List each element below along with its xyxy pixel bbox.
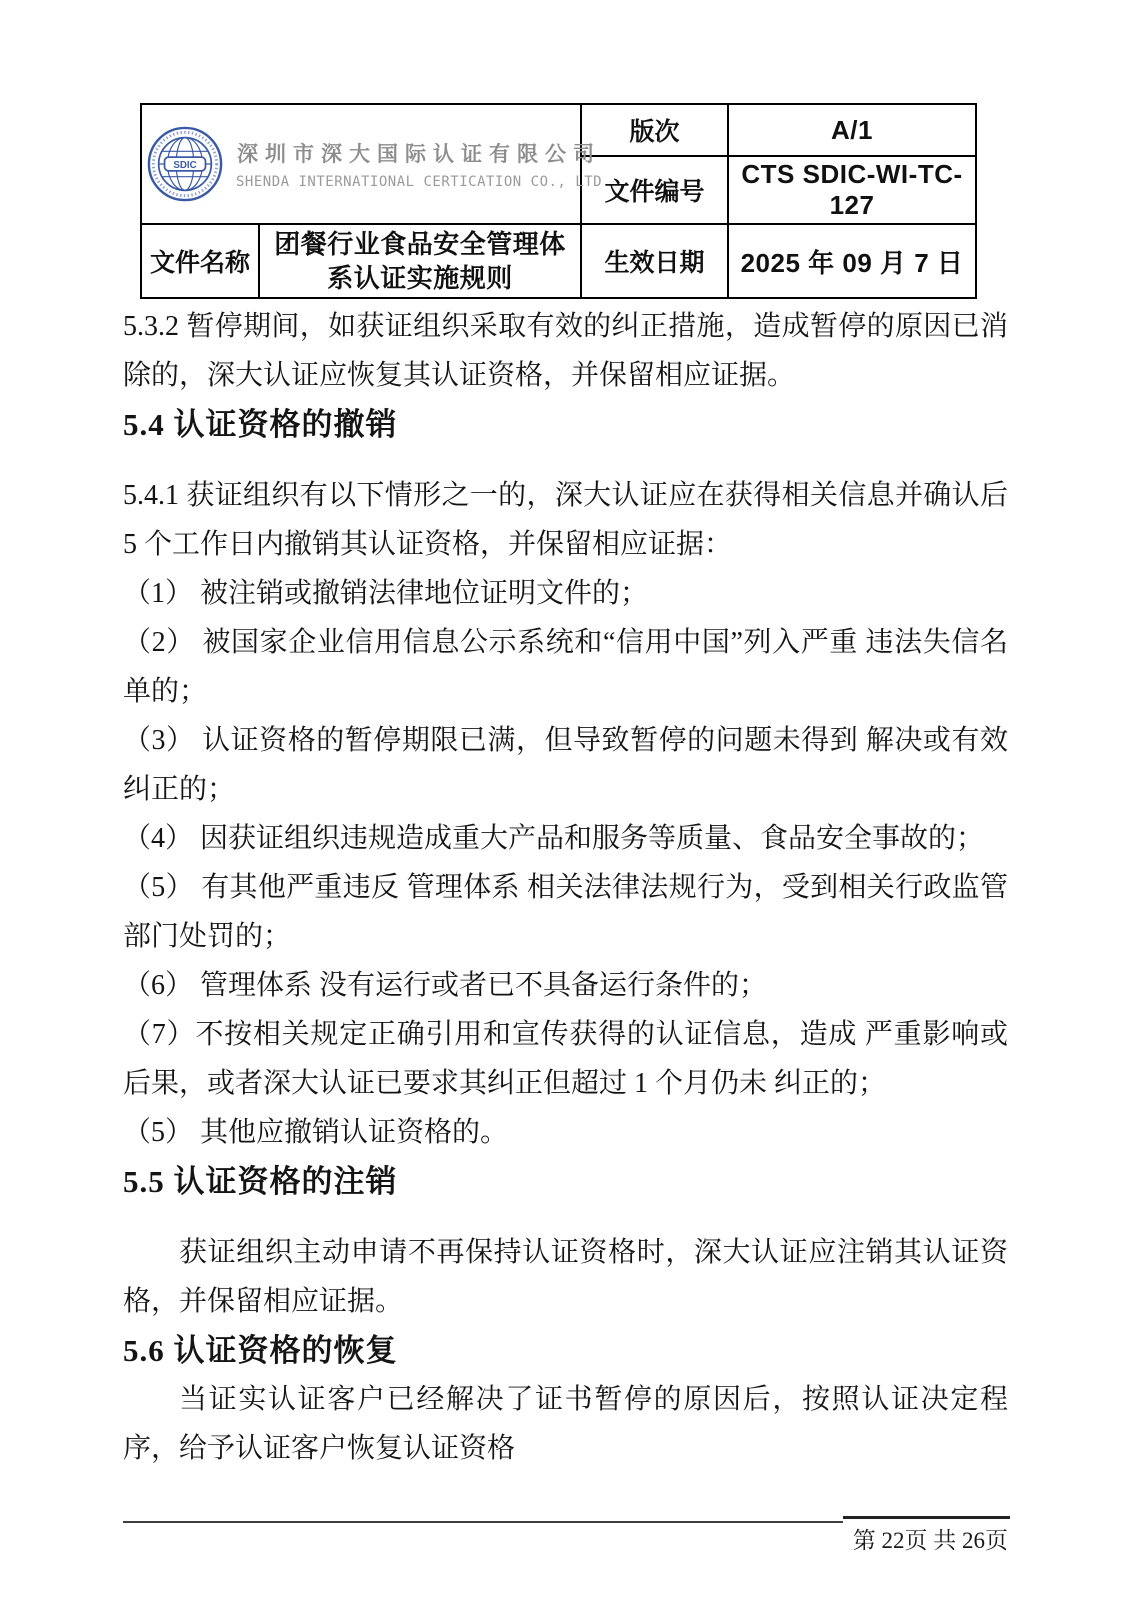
doc-number-value: CTS SDIC-WI-TC-127 [728,156,976,224]
body-paragraph: （1） 被注销或撤销法律地位证明文件的； [123,569,1008,618]
doc-number-label: 文件编号 [581,156,728,224]
header-table: SDIC 深圳市深大国际认证有限公司 SHENDA INTERNATIONAL … [140,103,977,299]
page-footer: 第 22页 共 26页 [123,1516,1010,1555]
body-paragraph: 获证组织主动申请不再保持认证资格时，深大认证应注销其认证资格，并保留相应证据。 [123,1228,1008,1326]
body-paragraph: （4） 因获证组织违规造成重大产品和服务等质量、食品安全事故的； [123,814,1008,863]
page-number: 第 22页 共 26页 [843,1516,1010,1555]
body-paragraph: （5） 有其他严重违反 管理体系 相关法律法规行为，受到相关行政监管部门处罚的； [123,863,1008,961]
section-heading: 5.6 认证资格的恢复 [123,1326,1008,1375]
logo-badge-text: SDIC [173,160,196,171]
version-label: 版次 [581,104,728,156]
document-body: 5.3.2 暂停期间，如获证组织采取有效的纠正措施，造成暂停的原因已消除的，深大… [123,302,1008,1473]
company-name-cn: 深圳市深大国际认证有限公司 [236,138,602,168]
body-paragraph: 当证实认证客户已经解决了证书暂停的原因后，按照认证决定程序，给予认证客户恢复认证… [123,1375,1008,1473]
version-value: A/1 [728,104,976,156]
body-paragraph: （7）不按相关规定正确引用和宣传获得的认证信息，造成 严重影响或后果，或者深大认… [123,1010,1008,1108]
company-header-cell: SDIC 深圳市深大国际认证有限公司 SHENDA INTERNATIONAL … [141,104,581,224]
body-paragraph: （5） 其他应撤销认证资格的。 [123,1108,1008,1157]
body-paragraph: （2） 被国家企业信用信息公示系统和“信用中国”列入严重 违法失信名单的； [123,618,1008,716]
footer-rule [123,1521,843,1523]
body-paragraph: 5.4.1 获证组织有以下情形之一的，深大认证应在获得相关信息并确认后 5 个工… [123,471,1008,569]
effective-date-label: 生效日期 [581,224,728,298]
document-page: SDIC 深圳市深大国际认证有限公司 SHENDA INTERNATIONAL … [0,0,1131,1600]
section-heading: 5.5 认证资格的注销 [123,1157,1008,1206]
body-paragraph: 5.3.2 暂停期间，如获证组织采取有效的纠正措施，造成暂停的原因已消除的，深大… [123,302,1008,400]
body-paragraph: （3） 认证资格的暂停期限已满，但导致暂停的问题未得到 解决或有效纠正的； [123,716,1008,814]
company-logo-icon: SDIC [146,125,224,203]
body-paragraph: （6） 管理体系 没有运行或者已不具备运行条件的； [123,961,1008,1010]
effective-date-value: 2025 年 09 月 7 日 [728,224,976,298]
section-heading: 5.4 认证资格的撤销 [123,400,1008,449]
doc-name-value: 团餐行业食品安全管理体系认证实施规则 [259,224,581,298]
company-name-en: SHENDA INTERNATIONAL CERTICATION CO., LT… [236,174,602,190]
doc-name-label: 文件名称 [141,224,259,298]
